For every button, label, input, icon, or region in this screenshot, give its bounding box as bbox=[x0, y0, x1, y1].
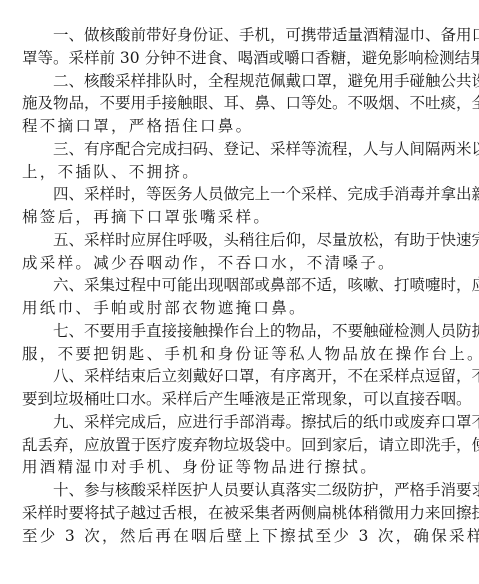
paragraph-line: 十、参与核酸采样医护人员要认真落实二级防护，严格手消要求， bbox=[22, 479, 452, 502]
paragraph-line: 一、做核酸前带好身份证、手机，可携带适量酒精湿巾、备用口 bbox=[22, 24, 452, 47]
paragraph-5: 五、采样时应屏住呼吸，头稍往后仰，尽量放松，有助于快速完 成采样。减少吞咽动作，… bbox=[22, 229, 452, 275]
paragraph-8: 八、采样结束后立刻戴好口罩，有序离开，不在采样点逗留，不 要到垃圾桶吐口水。采样… bbox=[22, 365, 452, 411]
paragraph-1: 一、做核酸前带好身份证、手机，可携带适量酒精湿巾、备用口 罩等。采样前 30 分… bbox=[22, 24, 452, 70]
paragraph-line: 成采样。减少吞咽动作，不吞口水，不清嗓子。 bbox=[22, 252, 452, 275]
paragraph-line: 至少 3 次，然后再在咽后壁上下擦拭至少 3 次，确保采样质量。 bbox=[22, 525, 452, 548]
paragraph-line: 程不摘口罩，严格捂住口鼻。 bbox=[22, 115, 452, 138]
paragraph-line: 服，不要把钥匙、手机和身份证等私人物品放在操作台上。 bbox=[22, 343, 452, 366]
paragraph-line: 用酒精湿巾对手机、身份证等物品进行擦拭。 bbox=[22, 456, 452, 479]
paragraph-line: 要到垃圾桶吐口水。采样后产生唾液是正常现象，可以直接吞咽。 bbox=[22, 388, 452, 411]
paragraph-line: 九、采样完成后，应进行手部消毒。擦拭后的纸巾或废弃口罩不 bbox=[22, 411, 452, 434]
paragraph-line: 六、采集过程中可能出现咽部或鼻部不适，咳嗽、打喷嚏时，应 bbox=[22, 274, 452, 297]
paragraph-4: 四、采样时，等医务人员做完上一个采样、完成手消毒并拿出新 棉签后，再摘下口罩张嘴… bbox=[22, 183, 452, 229]
paragraph-line: 采样时要将拭子越过舌根，在被采集者两侧扁桃体稍微用力来回擦拭 bbox=[22, 502, 452, 525]
paragraph-line: 上，不插队、不拥挤。 bbox=[22, 161, 452, 184]
paragraph-line: 三、有序配合完成扫码、登记、采样等流程，人与人间隔两米以 bbox=[22, 138, 452, 161]
paragraph-line: 施及物品，不要用手接触眼、耳、鼻、口等处。不吸烟、不吐痰，全 bbox=[22, 92, 452, 115]
paragraph-line: 乱丢弃，应放置于医疗废弃物垃圾袋中。回到家后，请立即洗手，使 bbox=[22, 434, 452, 457]
paragraph-line: 八、采样结束后立刻戴好口罩，有序离开，不在采样点逗留，不 bbox=[22, 365, 452, 388]
paragraph-6: 六、采集过程中可能出现咽部或鼻部不适，咳嗽、打喷嚏时，应 用纸巾、手帕或肘部衣物… bbox=[22, 274, 452, 320]
paragraph-9: 九、采样完成后，应进行手部消毒。擦拭后的纸巾或废弃口罩不 乱丢弃，应放置于医疗废… bbox=[22, 411, 452, 479]
paragraph-2: 二、核酸采样排队时，全程规范佩戴口罩，避免用手碰触公共设 施及物品，不要用手接触… bbox=[22, 70, 452, 138]
paragraph-7: 七、不要用手直接接触操作台上的物品，不要触碰检测人员防护 服，不要把钥匙、手机和… bbox=[22, 320, 452, 366]
paragraph-line: 五、采样时应屏住呼吸，头稍往后仰，尽量放松，有助于快速完 bbox=[22, 229, 452, 252]
paragraph-10: 十、参与核酸采样医护人员要认真落实二级防护，严格手消要求， 采样时要将拭子越过舌… bbox=[22, 479, 452, 547]
paragraph-line: 罩等。采样前 30 分钟不进食、喝酒或嚼口香糖，避免影响检测结果。 bbox=[22, 47, 452, 70]
paragraph-line: 二、核酸采样排队时，全程规范佩戴口罩，避免用手碰触公共设 bbox=[22, 70, 452, 93]
paragraph-line: 用纸巾、手帕或肘部衣物遮掩口鼻。 bbox=[22, 297, 452, 320]
paragraph-line: 棉签后，再摘下口罩张嘴采样。 bbox=[22, 206, 452, 229]
paragraph-line: 四、采样时，等医务人员做完上一个采样、完成手消毒并拿出新 bbox=[22, 183, 452, 206]
paragraph-3: 三、有序配合完成扫码、登记、采样等流程，人与人间隔两米以 上，不插队、不拥挤。 bbox=[22, 138, 452, 184]
document-body: 一、做核酸前带好身份证、手机，可携带适量酒精湿巾、备用口 罩等。采样前 30 分… bbox=[22, 24, 452, 547]
paragraph-line: 七、不要用手直接接触操作台上的物品，不要触碰检测人员防护 bbox=[22, 320, 452, 343]
